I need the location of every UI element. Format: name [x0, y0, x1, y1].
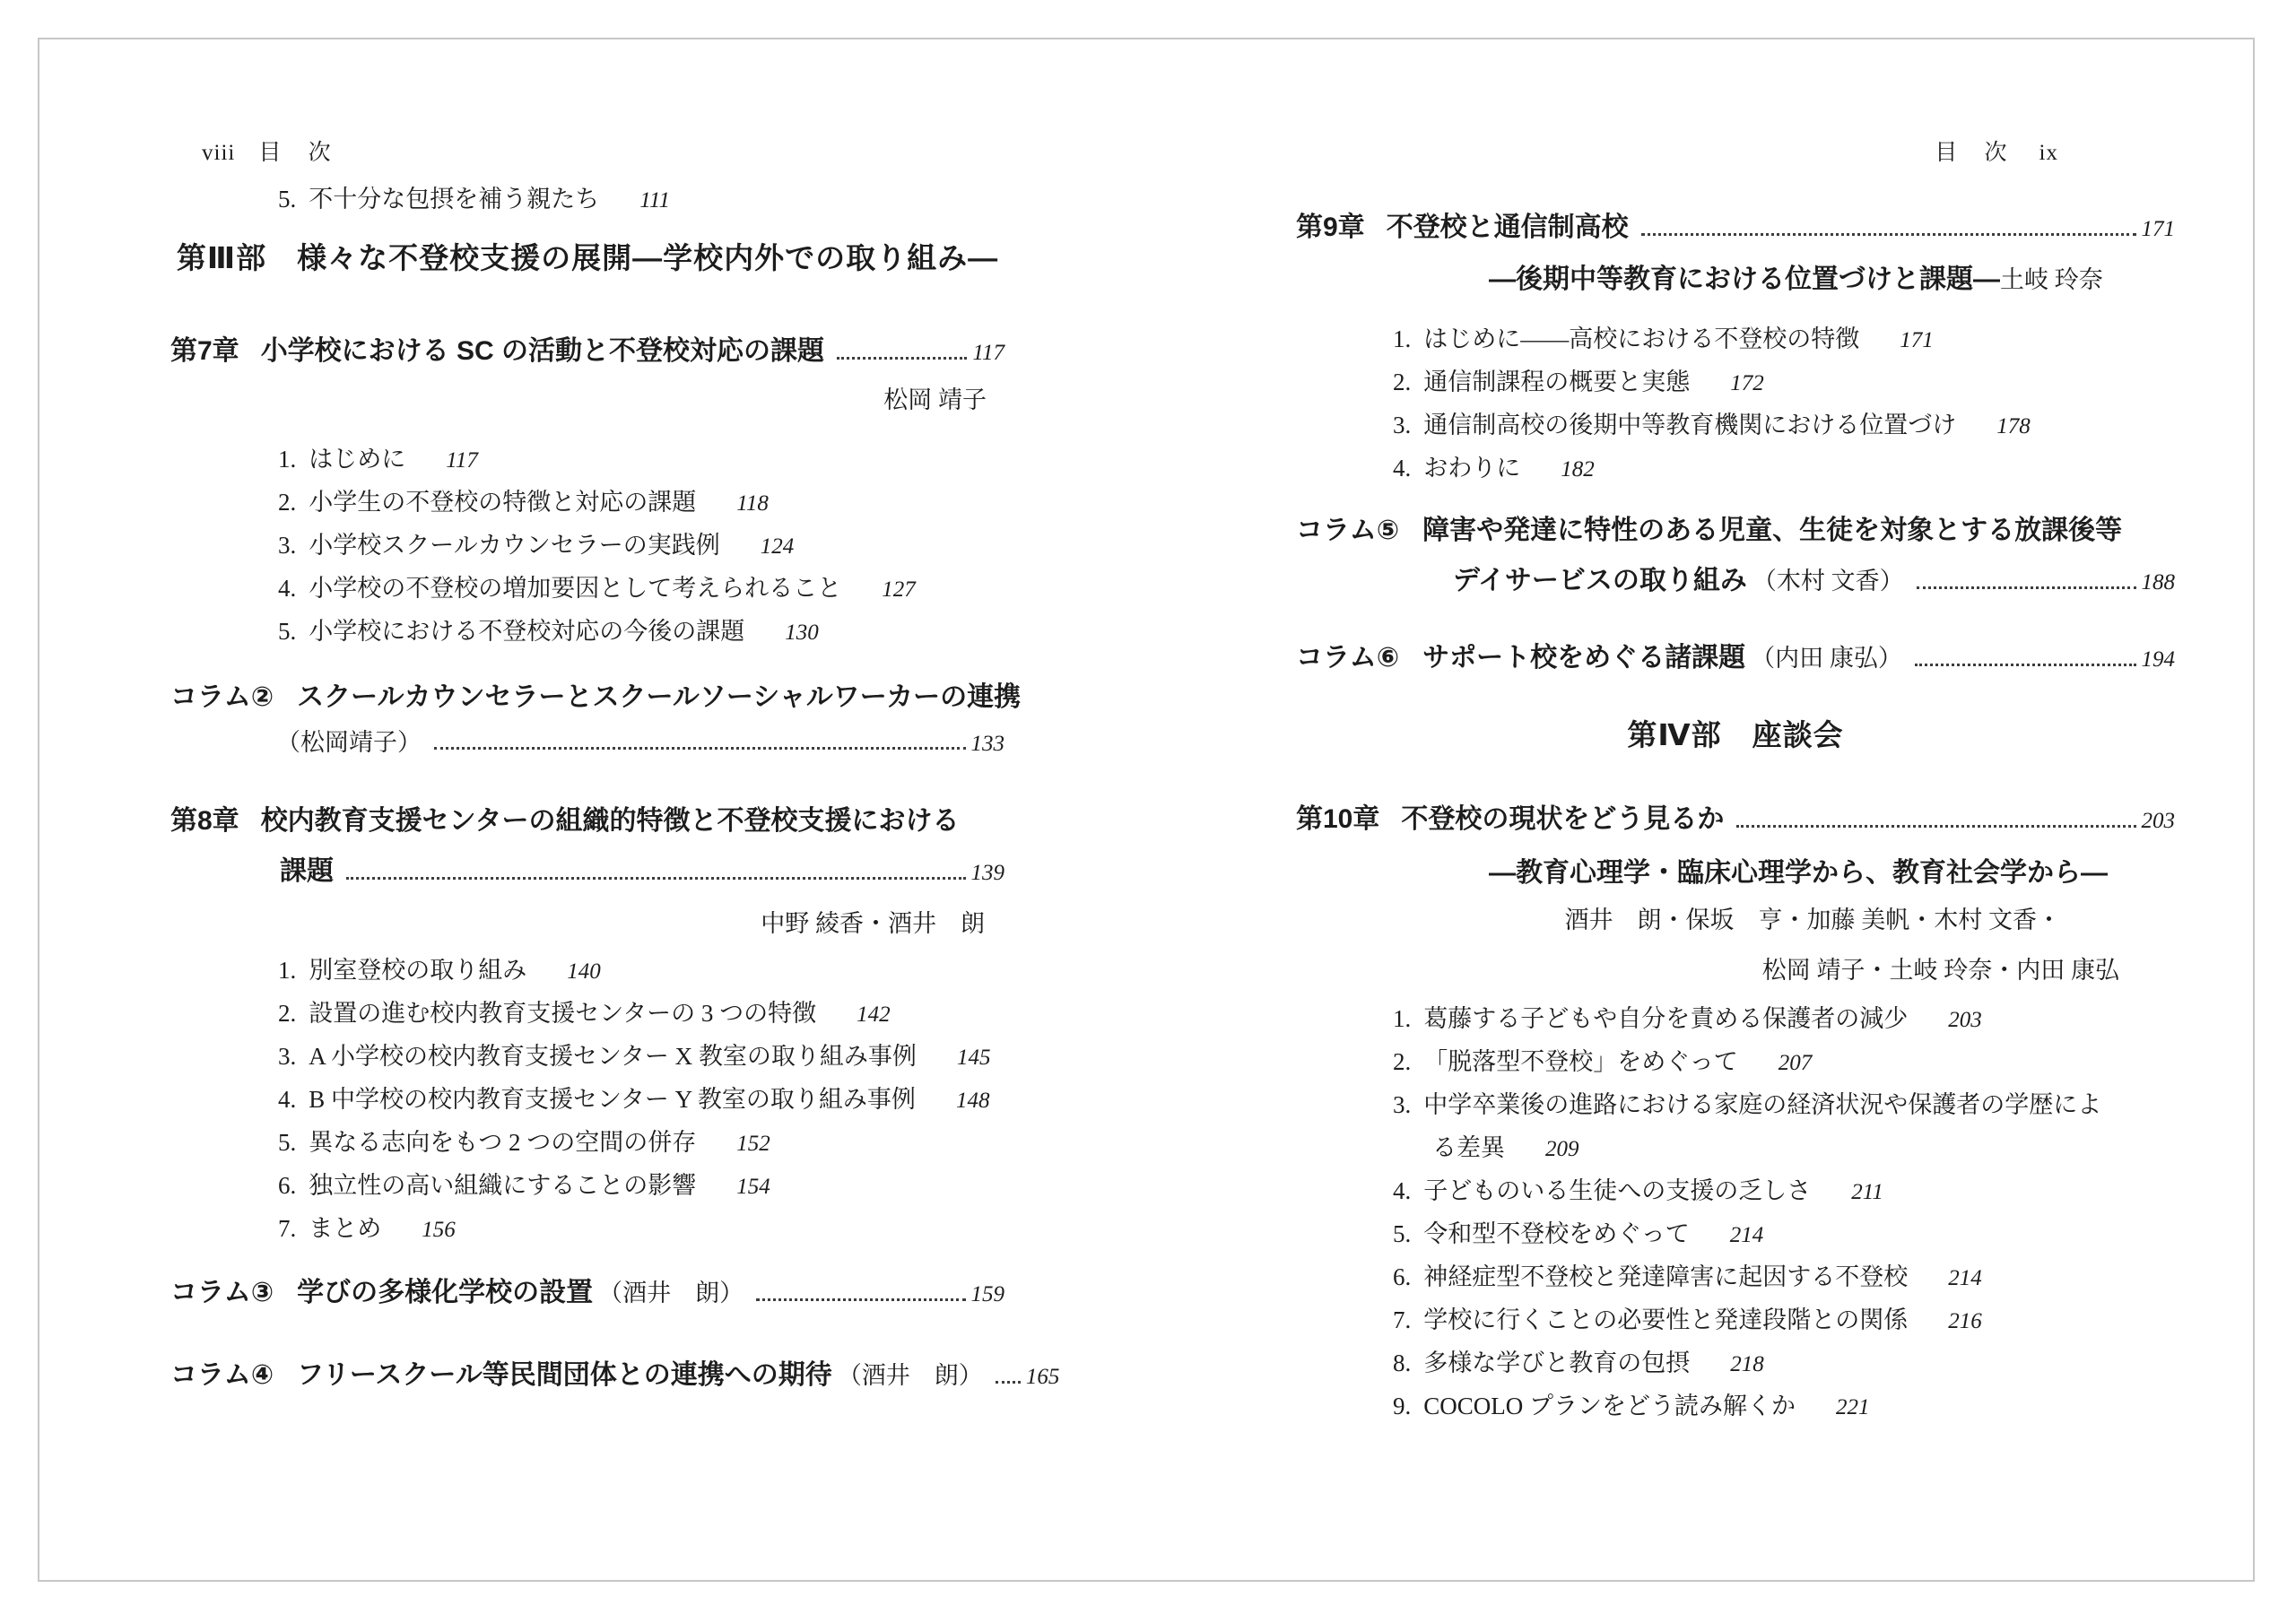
chapter8-title-line2: 課題 — [280, 848, 334, 888]
toc-item: 4. 小学校の不登校の増加要因として考えられること 127 — [170, 568, 1004, 612]
column2-heading: コラム② スクールカウンセラーとスクールソーシャルワーカーの連携 — [170, 674, 1004, 714]
item-number: 2. — [278, 1000, 296, 1028]
part3-heading: 第Ⅲ部 様々な不登校支援の展開―学校内外での取り組み― — [170, 235, 1004, 277]
running-head-left: viii目 次 — [202, 135, 1004, 167]
column5-heading-line2: デイサービスの取り組み （木村 文香） 188 — [1296, 558, 2175, 597]
chapter10-authors-line1: 酒井 朗・保坂 亨・加藤 美帆・木村 文香・ — [1296, 900, 2175, 935]
column3-label: コラム③ — [170, 1270, 274, 1309]
toc-item: 2. 設置の進む校内教育支援センターの 3 つの特徴 142 — [170, 994, 1004, 1037]
dot-leader — [1917, 586, 2136, 589]
item-number: 6. — [1393, 1263, 1411, 1291]
item-page-number: 124 — [761, 534, 795, 560]
column3-page-number: 159 — [971, 1282, 1005, 1307]
folio-number: ix — [2039, 141, 2058, 165]
item-page-number: 182 — [1561, 457, 1595, 482]
column6-label: コラム⑥ — [1296, 635, 1399, 674]
toc-item: 1. 葛藤する子どもや自分を責める保護者の減少 203 — [1296, 999, 2175, 1042]
item-page-number: 172 — [1730, 371, 1764, 396]
item-page-number: 140 — [567, 959, 601, 985]
toc-item: 9. COCOLO プランをどう読み解くか 221 — [1296, 1386, 2175, 1429]
toc-item: 1. 別室登校の取り組み 140 — [170, 950, 1004, 994]
item-page-number: 209 — [1545, 1137, 1579, 1162]
item-title: 通信制課程の概要と実態 — [1423, 362, 1690, 397]
chapter9-page-number: 171 — [2142, 217, 2176, 242]
chapter8-page-number: 139 — [971, 861, 1005, 886]
toc-item: 5. 令和型不登校をめぐって 214 — [1296, 1214, 2175, 1257]
column2-author: （松岡靖子） — [276, 723, 422, 758]
item-title: 中学卒業後の進路における家庭の経済状況や保護者の学歴によ — [1423, 1085, 2101, 1120]
chapter7-title: 小学校における SC の活動と不登校対応の課題 — [261, 328, 824, 368]
chapter10-page-number: 203 — [2142, 809, 2176, 834]
item-title: 通信制高校の後期中等教育機関における位置づけ — [1423, 405, 1956, 440]
item-title: はじめに――高校における不登校の特徴 — [1423, 319, 1859, 354]
column6-heading: コラム⑥ サポート校をめぐる諸課題 （内田 康弘） 194 — [1296, 635, 2175, 674]
toc-item: 1. はじめに――高校における不登校の特徴 171 — [1296, 319, 2175, 362]
column4-page-number: 165 — [1026, 1365, 1060, 1390]
column3-heading: コラム③ 学びの多様化学校の設置 （酒井 朗） 159 — [170, 1270, 1004, 1309]
item-number: 6. — [278, 1172, 296, 1200]
chapter10-authors-line2: 松岡 靖子・土岐 玲奈・内田 康弘 — [1296, 950, 2175, 985]
toc-item: 3. A 小学校の校内教育支援センター X 教室の取り組み事例 145 — [170, 1037, 1004, 1080]
column6-title: サポート校をめぐる諸課題 — [1422, 635, 1745, 674]
item-page-number: 214 — [1948, 1266, 1982, 1291]
item-title: 小学校スクールカウンセラーの実践例 — [309, 525, 719, 560]
chapter9-heading: 第9章 不登校と通信制高校 171 — [1296, 204, 2175, 244]
item-number: 3. — [1393, 1091, 1411, 1119]
dot-leader — [996, 1381, 1021, 1384]
item-page-number: 207 — [1779, 1051, 1813, 1076]
item-number: 3. — [278, 532, 296, 560]
item-page-number: 152 — [736, 1132, 770, 1157]
item-title: 独立性の高い組織にすることの影響 — [309, 1166, 696, 1201]
column3-title: 学びの多様化学校の設置 — [297, 1270, 593, 1309]
toc-item: 4. B 中学校の校内教育支援センター Y 教室の取り組み事例 148 — [170, 1080, 1004, 1123]
item-title: 学校に行くことの必要性と発達段階との関係 — [1423, 1300, 1908, 1335]
chapter10-item-list: 1. 葛藤する子どもや自分を責める保護者の減少 203 2. 「脱落型不登校」を… — [1296, 999, 2175, 1429]
chapter8-authors: 中野 綾香・酒井 朗 — [170, 904, 1004, 939]
item-title: 異なる志向をもつ 2 つの空間の併存 — [309, 1123, 696, 1158]
item-number: 8. — [1393, 1350, 1411, 1377]
chapter8-title-line1: 校内教育支援センターの組織的特徴と不登校支援における — [261, 798, 960, 838]
item-title: はじめに — [309, 439, 405, 474]
toc-item: 6. 独立性の高い組織にすることの影響 154 — [170, 1166, 1004, 1209]
part4-heading: 第Ⅳ部 座談会 — [1296, 712, 2175, 754]
item-number: 2. — [1393, 369, 1411, 396]
item-page-number: 117 — [446, 448, 478, 473]
item-page-number: 130 — [785, 621, 819, 646]
column5-title-line1: 障害や発達に特性のある児童、生徒を対象とする放課後等 — [1422, 508, 2122, 547]
running-head-right: 目 次ix — [1296, 135, 2175, 167]
item-title: まとめ — [309, 1209, 381, 1244]
item-number: 3. — [1393, 412, 1411, 439]
item-title: 令和型不登校をめぐって — [1423, 1214, 1689, 1249]
chapter8-item-list: 1. 別室登校の取り組み 140 2. 設置の進む校内教育支援センターの 3 つ… — [170, 950, 1004, 1252]
toc-item: 3. 通信制高校の後期中等教育機関における位置づけ 178 — [1296, 405, 2175, 448]
item-title: 小学校の不登校の増加要因として考えられること — [309, 568, 841, 603]
column2-title: スクールカウンセラーとスクールソーシャルワーカーの連携 — [297, 674, 1021, 714]
toc-item: 3. 小学校スクールカウンセラーの実践例 124 — [170, 525, 1004, 568]
toc-item: 8. 多様な学びと教育の包摂 218 — [1296, 1343, 2175, 1386]
item-title: おわりに — [1423, 448, 1520, 483]
item-number: 4. — [1393, 455, 1411, 482]
item-page-number: 118 — [736, 491, 769, 516]
item-page-number: 154 — [736, 1175, 770, 1200]
item-title: A 小学校の校内教育支援センター X 教室の取り組み事例 — [309, 1037, 917, 1072]
item-title: 別室登校の取り組み — [309, 950, 526, 985]
item-number: 9. — [1393, 1393, 1411, 1420]
chapter7-item-list: 1. はじめに 117 2. 小学生の不登校の特徴と対応の課題 118 3. 小… — [170, 439, 1004, 655]
dot-leader — [346, 877, 966, 880]
chapter7-author: 松岡 靖子 — [170, 380, 1004, 415]
item-page-number: 142 — [857, 1002, 891, 1028]
chapter10-subtitle: ―教育心理学・臨床心理学から、教育社会学から― — [1489, 858, 2108, 888]
chapter7-label: 第7章 — [170, 328, 239, 368]
dot-leader — [1736, 825, 2135, 828]
item-number: 7. — [278, 1215, 296, 1243]
chapter8-heading: 第8章 校内教育支援センターの組織的特徴と不登校支援における — [170, 798, 1004, 838]
column2-author-line: （松岡靖子） 133 — [170, 723, 1004, 758]
item-title: 葛藤する子どもや自分を責める保護者の減少 — [1423, 999, 1908, 1034]
chapter10-subtitle-line: ―教育心理学・臨床心理学から、教育社会学から― — [1296, 850, 2175, 890]
item-page-number: 221 — [1836, 1395, 1870, 1420]
dot-leader — [837, 357, 967, 360]
running-head-label: 目 次 — [258, 141, 341, 165]
item-page-number: 211 — [1851, 1180, 1883, 1205]
toc-item-continuation: る差異 209 — [1296, 1128, 2175, 1171]
item-number: 1. — [278, 957, 296, 985]
item-title: 設置の進む校内教育支援センターの 3 つの特徴 — [309, 994, 816, 1028]
toc-item: 6. 神経症型不登校と発達障害に起因する不登校 214 — [1296, 1257, 2175, 1300]
chapter9-label: 第9章 — [1296, 204, 1365, 244]
item-title: 小学校における不登校対応の今後の課題 — [309, 612, 744, 647]
column3-author: （酒井 朗） — [598, 1273, 744, 1308]
column4-heading: コラム④ フリースクール等民間団体との連携への期待 （酒井 朗） 165 — [170, 1352, 1004, 1392]
folio-number: viii — [202, 141, 235, 165]
item-number: 3. — [278, 1043, 296, 1071]
toc-item: 3. 中学卒業後の進路における家庭の経済状況や保護者の学歴によ — [1296, 1085, 2175, 1128]
item-number: 5. — [278, 618, 296, 646]
item-number: 4. — [278, 1086, 296, 1114]
column5-heading: コラム⑤ 障害や発達に特性のある児童、生徒を対象とする放課後等 — [1296, 508, 2175, 547]
item-title: 神経症型不登校と発達障害に起因する不登校 — [1423, 1257, 1908, 1292]
item-page-number: 156 — [422, 1218, 456, 1243]
item-number: 5. — [278, 1129, 296, 1157]
column5-label: コラム⑤ — [1296, 508, 1399, 547]
chapter9-author: 土岐 玲奈 — [2000, 260, 2103, 295]
item-page-number: 111 — [639, 188, 670, 213]
toc-item: 7. 学校に行くことの必要性と発達段階との関係 216 — [1296, 1300, 2175, 1343]
toc-item: 5. 小学校における不登校対応の今後の課題 130 — [170, 612, 1004, 655]
toc-item-carryover: 5. 不十分な包摂を補う親たち 111 — [170, 179, 1004, 214]
toc-item: 4. 子どものいる生徒への支援の乏しさ 211 — [1296, 1171, 2175, 1214]
item-page-number: 127 — [882, 577, 916, 603]
column6-page-number: 194 — [2142, 647, 2176, 673]
chapter9-title: 不登校と通信制高校 — [1387, 204, 1629, 244]
chapter10-title: 不登校の現状をどう見るか — [1401, 796, 1724, 836]
column6-author: （内田 康弘） — [1751, 638, 1902, 673]
column2-label: コラム② — [170, 674, 274, 714]
toc-item: 2. 通信制課程の概要と実態 172 — [1296, 362, 2175, 405]
item-title: B 中学校の校内教育支援センター Y 教室の取り組み事例 — [309, 1080, 916, 1115]
item-page-number: 214 — [1730, 1223, 1764, 1248]
chapter8-heading-line2: 課題 139 — [170, 848, 1004, 888]
item-page-number: 148 — [956, 1089, 990, 1114]
column2-page-number: 133 — [971, 732, 1005, 757]
chapter8-label: 第8章 — [170, 798, 239, 838]
item-title: 不十分な包摂を補う親たち — [309, 179, 599, 214]
running-head-label: 目 次 — [1935, 141, 2017, 165]
toc-item: 5. 異なる志向をもつ 2 つの空間の併存 152 — [170, 1123, 1004, 1166]
item-number: 2. — [1393, 1048, 1411, 1076]
chapter9-subtitle: ―後期中等教育における位置づけと課題― — [1489, 256, 2000, 296]
item-page-number: 218 — [1730, 1352, 1764, 1377]
item-number: 4. — [278, 575, 296, 603]
item-page-number: 216 — [1948, 1309, 1982, 1334]
chapter9-item-list: 1. はじめに――高校における不登校の特徴 171 2. 通信制課程の概要と実態… — [1296, 319, 2175, 491]
item-title: 多様な学びと教育の包摂 — [1423, 1343, 1690, 1378]
item-page-number: 203 — [1948, 1008, 1982, 1033]
chapter9-subtitle-line: ―後期中等教育における位置づけと課題― 土岐 玲奈 — [1296, 256, 2175, 296]
item-number: 7. — [1393, 1306, 1411, 1334]
toc-item: 1. はじめに 117 — [170, 439, 1004, 482]
toc-page-right: 目 次ix 第9章 不登校と通信制高校 171 ―後期中等教育における位置づけと… — [1296, 0, 2175, 1623]
chapter7-heading: 第7章 小学校における SC の活動と不登校対応の課題 117 — [170, 328, 1004, 368]
item-number: 1. — [1393, 325, 1411, 353]
item-page-number: 145 — [957, 1046, 991, 1071]
column5-author: （木村 文香） — [1752, 561, 1904, 596]
column5-title-line2: デイサービスの取り組み — [1453, 558, 1747, 597]
column4-label: コラム④ — [170, 1352, 274, 1392]
item-title: 「脱落型不登校」をめぐって — [1423, 1042, 1737, 1077]
toc-item: 2. 小学生の不登校の特徴と対応の課題 118 — [170, 482, 1004, 525]
column5-page-number: 188 — [2142, 570, 2176, 595]
item-number: 1. — [1393, 1005, 1411, 1033]
item-number: 5. — [1393, 1220, 1411, 1248]
toc-page-left: viii目 次 5. 不十分な包摂を補う親たち 111 第Ⅲ部 様々な不登校支援… — [170, 0, 1004, 1623]
dot-leader — [434, 747, 966, 750]
dot-leader — [756, 1298, 965, 1301]
item-number: 2. — [278, 489, 296, 516]
item-number: 4. — [1393, 1177, 1411, 1205]
item-page-number: 171 — [1900, 328, 1934, 353]
item-title-continued: る差異 — [1432, 1128, 1505, 1163]
column4-author: （酒井 朗） — [838, 1356, 983, 1391]
column4-title: フリースクール等民間団体との連携への期待 — [297, 1352, 832, 1392]
chapter10-heading: 第10章 不登校の現状をどう見るか 203 — [1296, 796, 2175, 836]
dot-leader — [1641, 233, 2136, 236]
item-title: COCOLO プランをどう読み解くか — [1423, 1386, 1796, 1421]
item-title: 小学生の不登校の特徴と対応の課題 — [309, 482, 696, 517]
chapter7-page-number: 117 — [972, 341, 1004, 366]
item-page-number: 178 — [1996, 414, 2031, 439]
toc-item: 7. まとめ 156 — [170, 1209, 1004, 1252]
toc-item: 2. 「脱落型不登校」をめぐって 207 — [1296, 1042, 2175, 1085]
chapter10-label: 第10章 — [1296, 796, 1379, 836]
dot-leader — [1915, 664, 2136, 666]
item-title: 子どものいる生徒への支援の乏しさ — [1423, 1171, 1811, 1206]
item-number: 5. — [278, 186, 296, 213]
toc-item: 4. おわりに 182 — [1296, 448, 2175, 491]
item-number: 1. — [278, 446, 296, 473]
